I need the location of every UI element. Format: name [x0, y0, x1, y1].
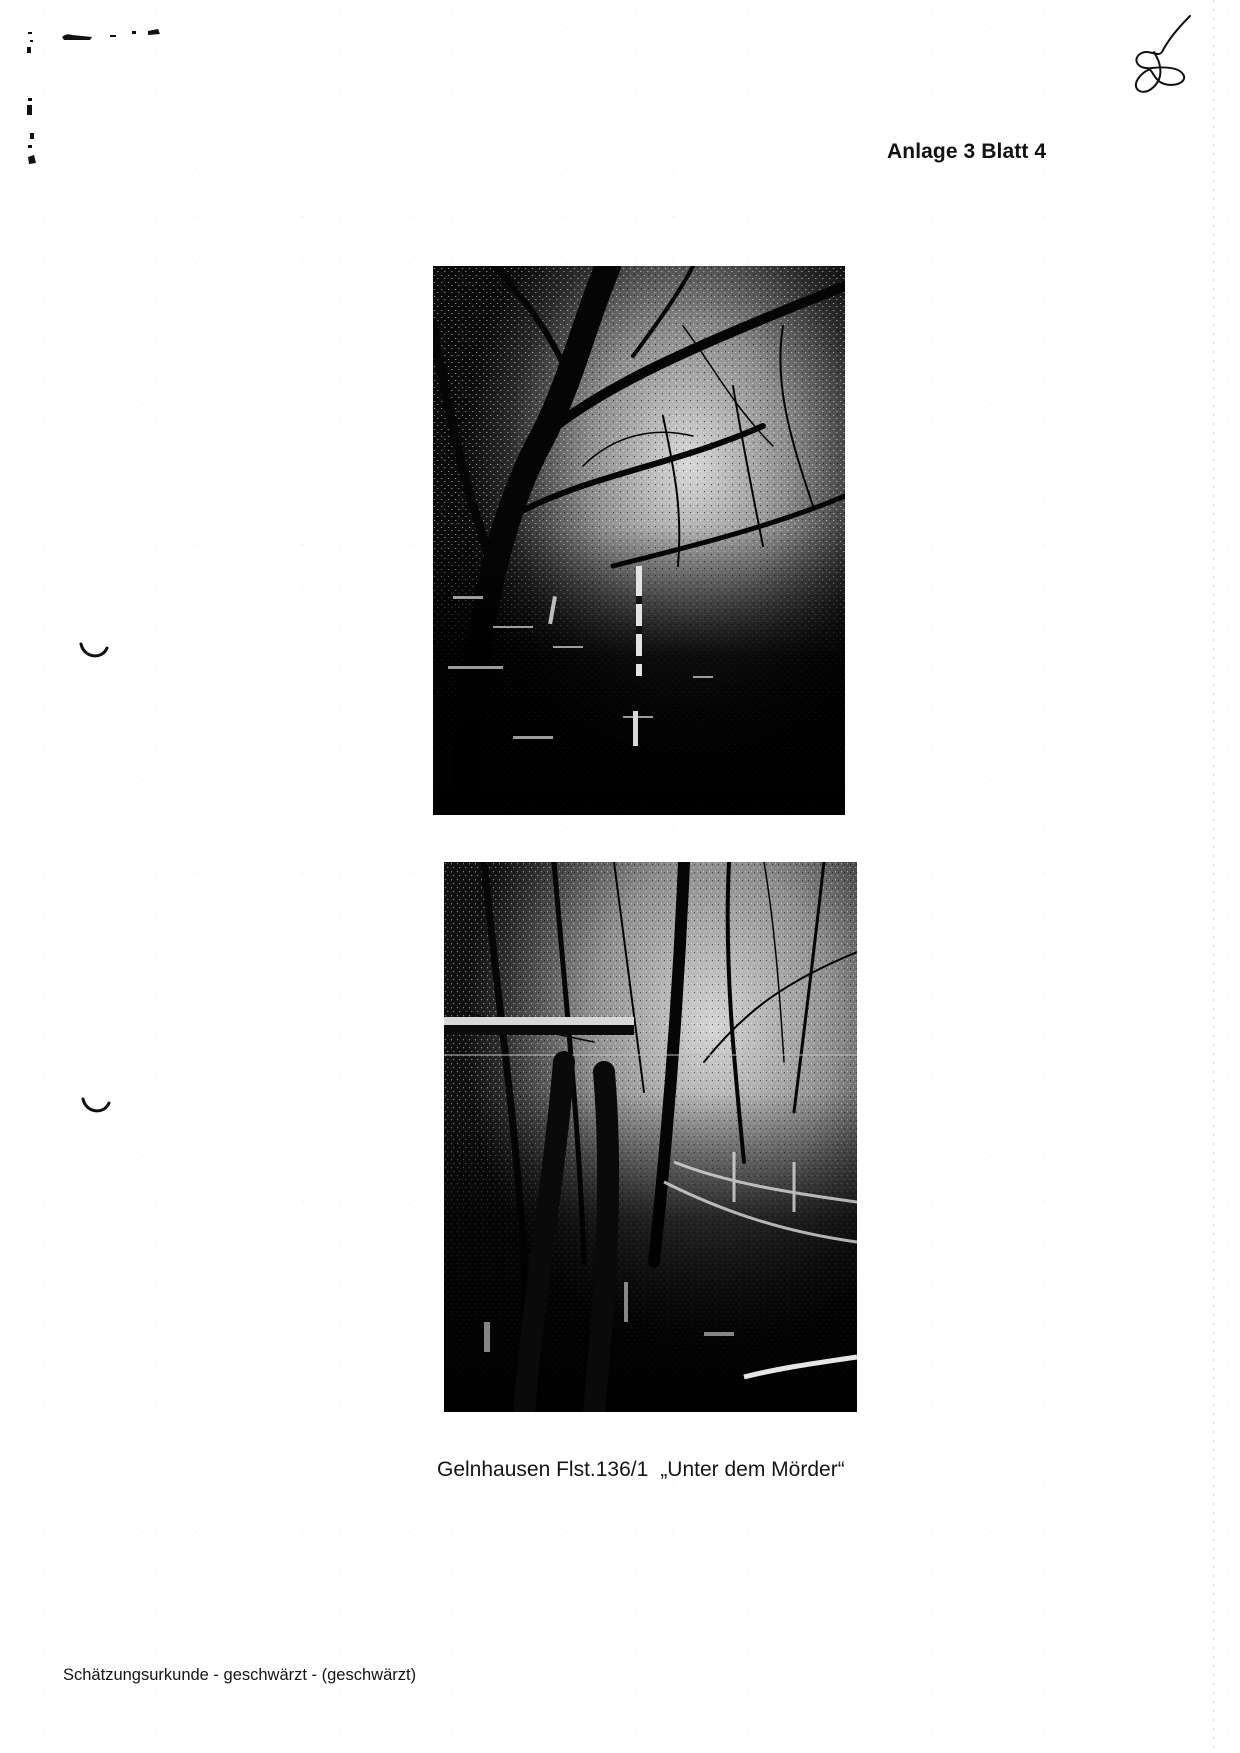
photo-caption: Gelnhausen Flst.136/1„Unter dem Mörder“ — [437, 1458, 845, 1482]
caption-name: „Unter dem Mörder“ — [660, 1458, 844, 1481]
forest-path-photo-image — [444, 862, 857, 1412]
hole-punch-mark — [78, 640, 110, 662]
hole-punch-arc-icon — [80, 1097, 112, 1119]
scan-edge-line — [1213, 0, 1214, 1753]
hole-punch-mark — [80, 1097, 112, 1119]
site-photo-2 — [444, 862, 857, 1412]
site-photo-1 — [433, 266, 845, 815]
scan-noise-icon — [20, 25, 170, 175]
scan-artifact-marks — [20, 25, 170, 175]
caption-location: Gelnhausen Flst.136/1 — [437, 1458, 648, 1481]
attachment-heading: Anlage 3 Blatt 4 — [887, 140, 1046, 164]
document-footer: Schätzungsurkunde - geschwärzt - (geschw… — [63, 1666, 416, 1685]
document-page: Anlage 3 Blatt 4 — [0, 0, 1240, 1753]
handwritten-85-icon — [1118, 12, 1198, 102]
handwritten-page-number — [1118, 12, 1198, 102]
hole-punch-arc-icon — [78, 640, 110, 662]
forest-photo-image — [433, 266, 845, 815]
